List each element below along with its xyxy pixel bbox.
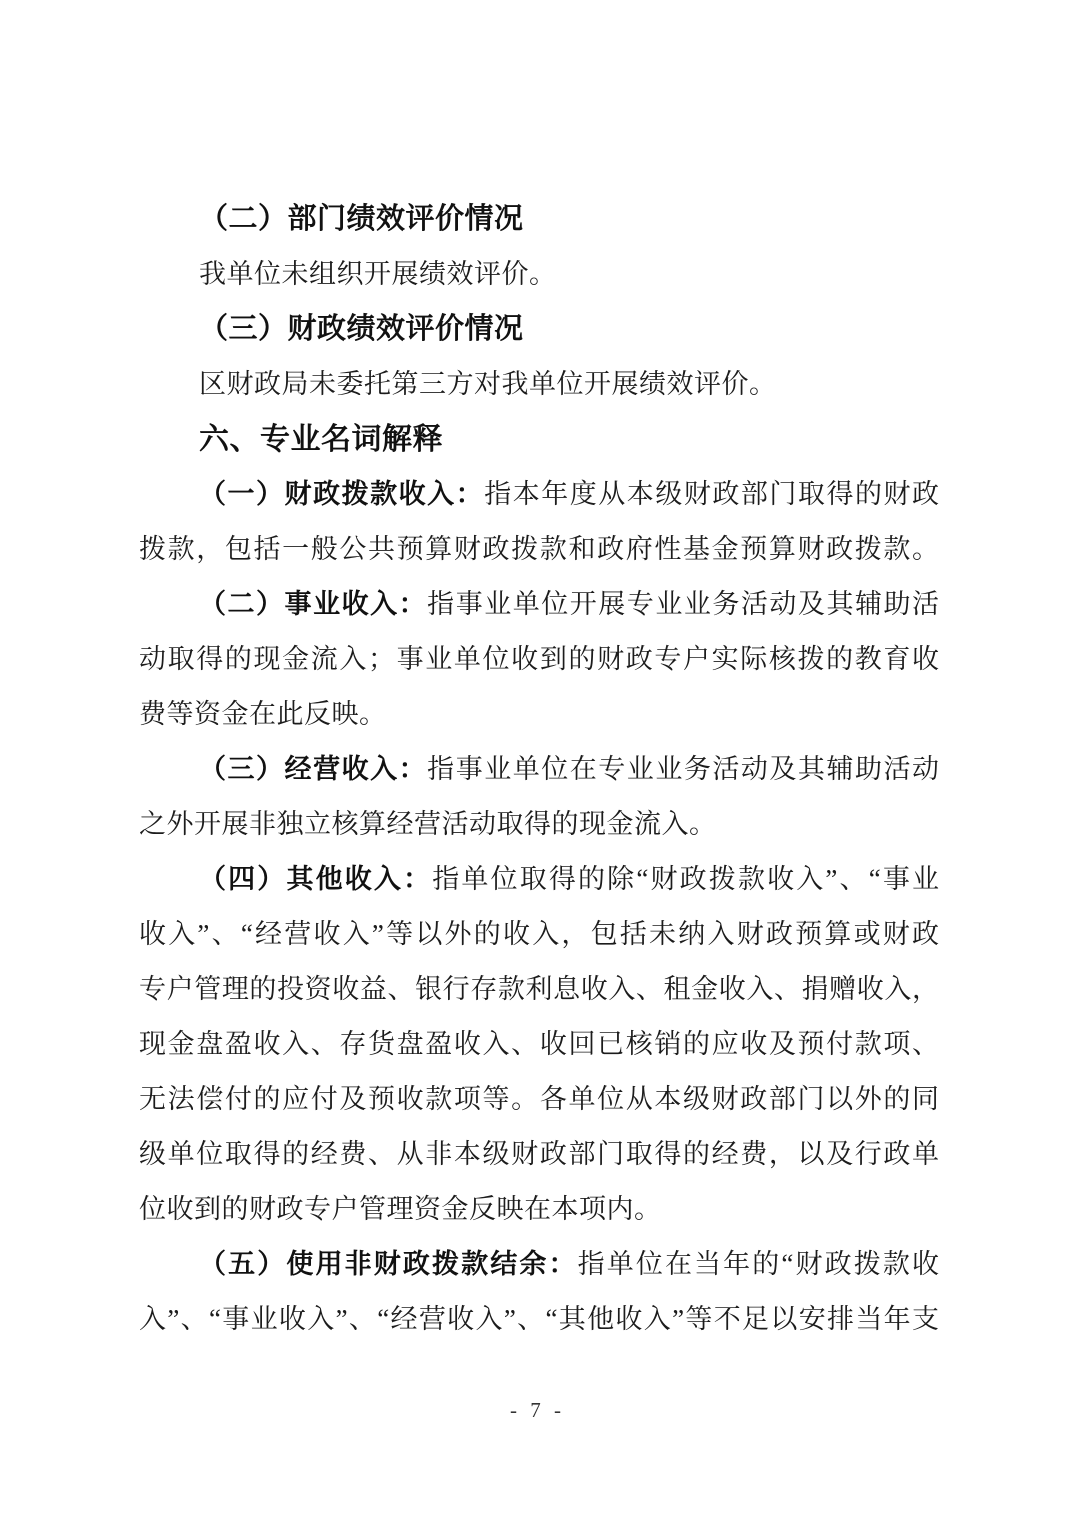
- term-label: （五）使用非财政拨款结余：: [199, 1249, 578, 1279]
- line-text: 现金盘盈收入、存货盘盈收入、收回已核销的应收及预付款项、: [139, 1029, 939, 1059]
- text-line: 入”、“事业收入”、“经营收入”、“其他收入”等不足以安排当年支: [139, 1292, 939, 1347]
- text-line: 费等资金在此反映。: [139, 687, 939, 742]
- text-line: 拨款，包括一般公共预算财政拨款和政府性基金预算财政拨款。: [139, 522, 939, 577]
- text-line: （五）使用非财政拨款结余：指单位在当年的“财政拨款收: [139, 1237, 939, 1292]
- line-text: 动取得的现金流入；事业单位收到的财政专户实际核拨的教育收: [139, 644, 939, 674]
- line-text: 费等资金在此反映。: [139, 699, 387, 729]
- text-line: （一）财政拨款收入：指本年度从本级财政部门取得的财政: [139, 467, 939, 522]
- line-text: 指单位在当年的“财政拨款收: [578, 1249, 939, 1279]
- line-text: 入”、“事业收入”、“经营收入”、“其他收入”等不足以安排当年支: [139, 1304, 939, 1334]
- text-line: （三）经营收入：指事业单位在专业业务活动及其辅助活动: [139, 742, 939, 797]
- text-line: 之外开展非独立核算经营活动取得的现金流入。: [139, 797, 939, 852]
- line-text: 六、专业名词解释: [199, 423, 443, 456]
- line-text: 之外开展非独立核算经营活动取得的现金流入。: [139, 809, 717, 839]
- section-heading: （二）部门绩效评价情况: [139, 192, 939, 247]
- document-page: （二）部门绩效评价情况我单位未组织开展绩效评价。（三）财政绩效评价情况区财政局未…: [0, 0, 1075, 1520]
- page-number: - 7 -: [0, 1398, 1075, 1423]
- line-text: 无法偿付的应付及预收款项等。各单位从本级财政部门以外的同: [139, 1084, 939, 1114]
- line-text: 收入”、“经营收入”等以外的收入，包括未纳入财政预算或财政: [139, 919, 939, 949]
- line-text: 指本年度从本级财政部门取得的财政: [484, 479, 939, 509]
- text-line: 动取得的现金流入；事业单位收到的财政专户实际核拨的教育收: [139, 632, 939, 687]
- line-text: 我单位未组织开展绩效评价。: [199, 259, 557, 289]
- text-line: 收入”、“经营收入”等以外的收入，包括未纳入财政预算或财政: [139, 907, 939, 962]
- line-text: 指单位取得的除“财政拨款收入”、“事业: [432, 864, 939, 894]
- text-line: 我单位未组织开展绩效评价。: [139, 247, 939, 302]
- line-text: 位收到的财政专户管理资金反映在本项内。: [139, 1194, 662, 1224]
- line-text: 指事业单位在专业业务活动及其辅助活动: [427, 754, 939, 784]
- line-text: （二）部门绩效评价情况: [199, 203, 524, 235]
- line-text: 指事业单位开展专业业务活动及其辅助活: [427, 589, 939, 619]
- text-line: 级单位取得的经费、从非本级财政部门取得的经费，以及行政单: [139, 1127, 939, 1182]
- text-line: 无法偿付的应付及预收款项等。各单位从本级财政部门以外的同: [139, 1072, 939, 1127]
- line-text: 拨款，包括一般公共预算财政拨款和政府性基金预算财政拨款。: [139, 534, 939, 564]
- term-label: （一）财政拨款收入：: [199, 479, 484, 509]
- line-text: 区财政局未委托第三方对我单位开展绩效评价。: [199, 369, 777, 399]
- line-text: 专户管理的投资收益、银行存款利息收入、租金收入、捐赠收入，: [139, 974, 939, 1004]
- text-line: 专户管理的投资收益、银行存款利息收入、租金收入、捐赠收入，: [139, 962, 939, 1017]
- section-heading: （三）财政绩效评价情况: [139, 302, 939, 357]
- text-line: （二）事业收入：指事业单位开展专业业务活动及其辅助活: [139, 577, 939, 632]
- line-text: （三）财政绩效评价情况: [199, 313, 524, 345]
- text-line: 现金盘盈收入、存货盘盈收入、收回已核销的应收及预付款项、: [139, 1017, 939, 1072]
- term-label: （三）经营收入：: [199, 754, 427, 784]
- term-label: （二）事业收入：: [199, 589, 427, 619]
- document-body: （二）部门绩效评价情况我单位未组织开展绩效评价。（三）财政绩效评价情况区财政局未…: [139, 192, 939, 1347]
- line-text: 级单位取得的经费、从非本级财政部门取得的经费，以及行政单: [139, 1139, 939, 1169]
- text-line: （四）其他收入：指单位取得的除“财政拨款收入”、“事业: [139, 852, 939, 907]
- term-label: （四）其他收入：: [199, 864, 432, 894]
- text-line: 位收到的财政专户管理资金反映在本项内。: [139, 1182, 939, 1237]
- section-heading: 六、专业名词解释: [139, 412, 939, 467]
- text-line: 区财政局未委托第三方对我单位开展绩效评价。: [139, 357, 939, 412]
